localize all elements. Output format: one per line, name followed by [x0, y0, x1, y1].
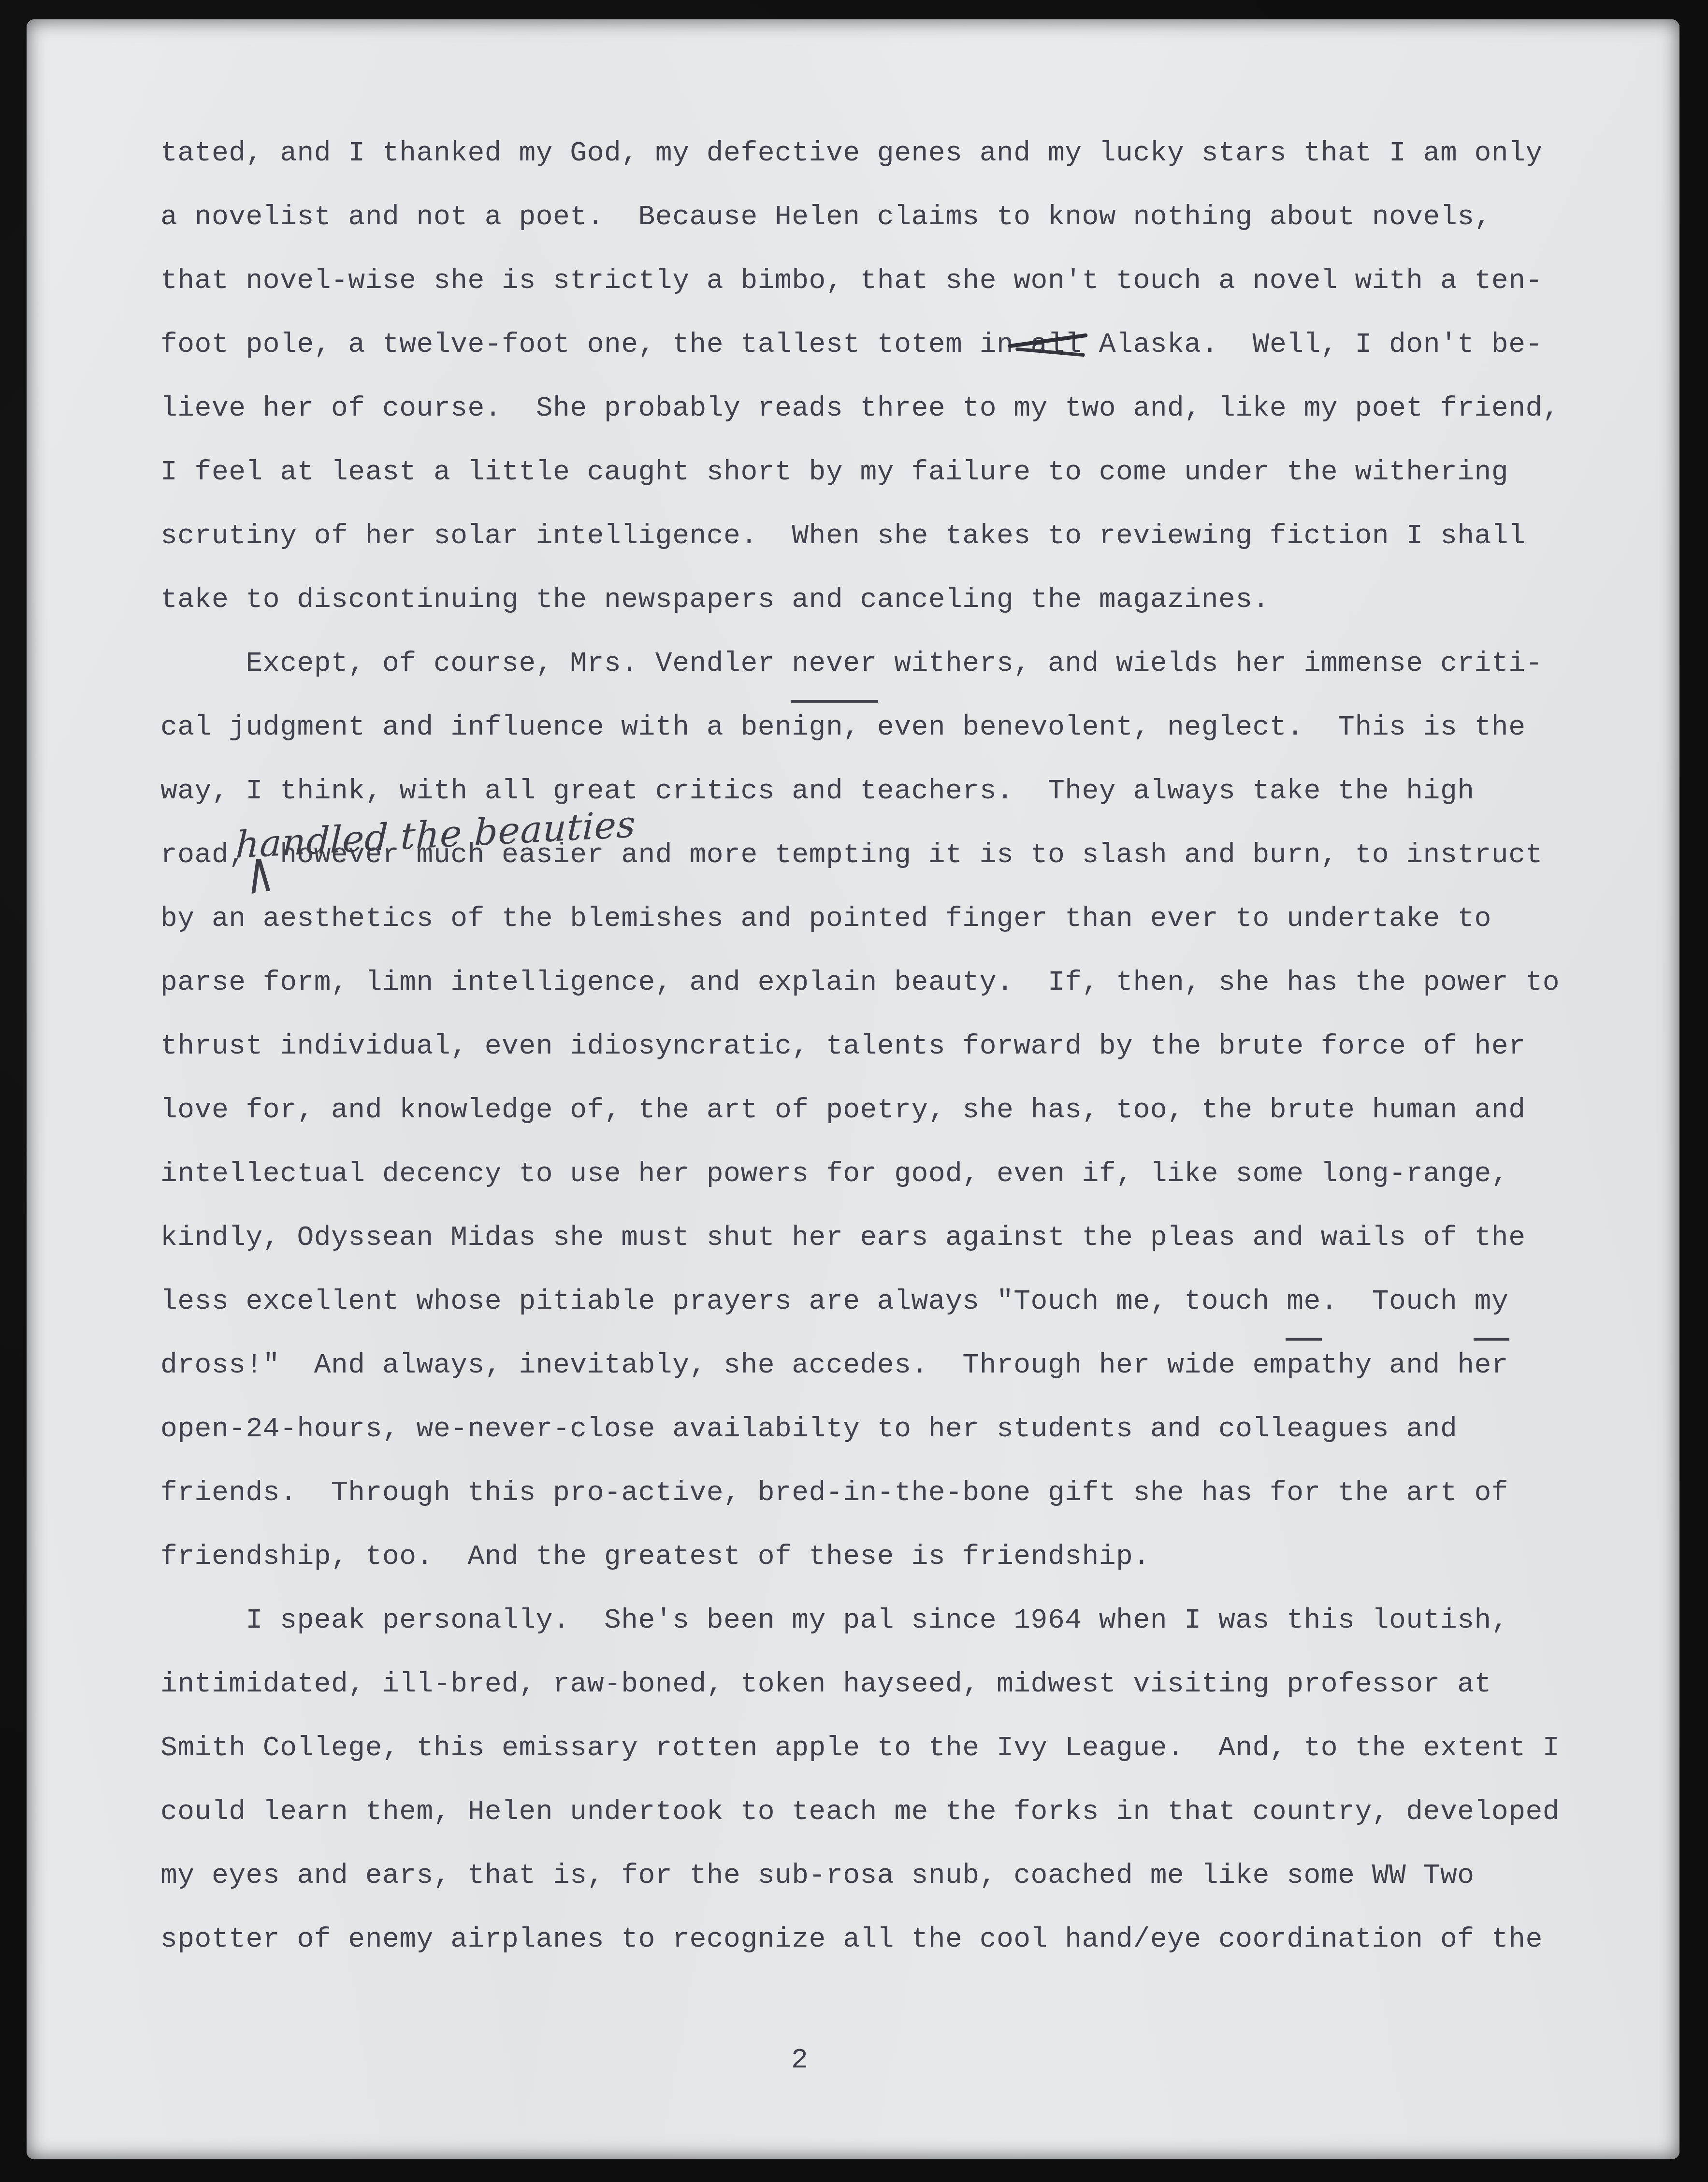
underlined-word: me [1287, 1270, 1321, 1334]
typed-text: lieve her of course. She probably reads … [160, 393, 1560, 424]
typed-line: kindly, Odyssean Midas she must shut her… [160, 1206, 1610, 1270]
typed-line: friendship, too. And the greatest of the… [160, 1525, 1610, 1589]
typed-line: love for, and knowledge of, the art of p… [160, 1079, 1610, 1142]
typed-text: foot pole, a twelve-foot one, the talles… [160, 329, 1031, 361]
typed-line: intimidated, ill-bred, raw-boned, token … [160, 1653, 1610, 1717]
typed-line: thrust individual, even idiosyncratic, t… [160, 1015, 1610, 1079]
typed-text: a novelist and not a poet. Because Helen… [160, 202, 1491, 233]
typed-line: that novel-wise she is strictly a bimbo,… [160, 249, 1610, 313]
typed-text: I feel at least a little caught short by… [160, 457, 1508, 488]
typed-text: tated, and I thanked my God, my defectiv… [160, 138, 1543, 169]
underlined-word: my [1475, 1270, 1509, 1334]
typed-text: intellectual decency to use her powers f… [160, 1158, 1508, 1190]
typed-text: intimidated, ill-bred, raw-boned, token … [160, 1669, 1491, 1700]
scan-background: tated, and I thanked my God, my defectiv… [0, 0, 1708, 2182]
typed-line: by an aesthetics of the blemishes and po… [160, 887, 1610, 951]
typed-text: friends. Through this pro-active, bred-i… [160, 1477, 1508, 1509]
typed-text: . Touch [1321, 1286, 1475, 1317]
struck-word: all [1031, 313, 1082, 377]
document-page: tated, and I thanked my God, my defectiv… [27, 19, 1679, 2159]
typed-text: my eyes and ears, that is, for the sub-r… [160, 1860, 1475, 1892]
typed-line: my eyes and ears, that is, for the sub-r… [160, 1844, 1610, 1908]
typed-line: foot pole, a twelve-foot one, the talles… [160, 313, 1610, 377]
typed-text: scrutiny of her solar intelligence. When… [160, 520, 1525, 552]
typed-text: kindly, Odyssean Midas she must shut her… [160, 1222, 1525, 1254]
typed-line: Smith College, this emissary rotten appl… [160, 1717, 1610, 1780]
typed-line: take to discontinuing the newspapers and… [160, 568, 1610, 632]
typed-text: less excellent whose pitiable prayers ar… [160, 1286, 1287, 1317]
typed-text: love for, and knowledge of, the art of p… [160, 1095, 1525, 1126]
typed-text: I speak personally. She's been my pal si… [160, 1605, 1508, 1636]
typed-text: thrust individual, even idiosyncratic, t… [160, 1031, 1525, 1062]
typed-line: I feel at least a little caught short by… [160, 441, 1610, 505]
insertion-caret-icon: ∧ [243, 842, 276, 904]
typed-line: friends. Through this pro-active, bred-i… [160, 1461, 1610, 1525]
typed-line: dross!" And always, inevitably, she acce… [160, 1334, 1610, 1398]
typed-text: dross!" And always, inevitably, she acce… [160, 1350, 1508, 1381]
typed-line: parse form, limn intelligence, and expla… [160, 951, 1610, 1015]
typed-text: way, I think, with all great critics and… [160, 776, 1475, 807]
typed-text: friendship, too. And the greatest of the… [160, 1541, 1150, 1573]
typed-line: I speak personally. She's been my pal si… [160, 1589, 1610, 1653]
page-number: 2 [791, 2029, 808, 2093]
typed-text: that novel-wise she is strictly a bimbo,… [160, 265, 1543, 297]
typed-line: tated, and I thanked my God, my defectiv… [160, 122, 1610, 186]
typed-line: lieve her of course. She probably reads … [160, 377, 1610, 441]
typed-text: parse form, limn intelligence, and expla… [160, 967, 1560, 998]
typed-text: could learn them, Helen undertook to tea… [160, 1796, 1560, 1828]
typed-text: cal judgment and influence with a benign… [160, 712, 1525, 743]
typed-line: intellectual decency to use her powers f… [160, 1142, 1610, 1206]
typed-line: way, I think, with all great critics and… [160, 760, 1610, 824]
typed-line: a novelist and not a poet. Because Helen… [160, 186, 1610, 249]
typed-line: less excellent whose pitiable prayers ar… [160, 1270, 1610, 1334]
typed-line: open-24-hours, we-never-close availabilt… [160, 1398, 1610, 1461]
typed-line: spotter of enemy airplanes to recognize … [160, 1908, 1610, 1972]
typed-text: Except, of course, Mrs. Vendler [160, 648, 792, 679]
typed-line: scrutiny of her solar intelligence. When… [160, 505, 1610, 568]
typed-text: Smith College, this emissary rotten appl… [160, 1733, 1560, 1764]
typed-line: Except, of course, Mrs. Vendler never wi… [160, 632, 1610, 696]
typed-line: cal judgment and influence with a benign… [160, 696, 1610, 760]
typed-text: take to discontinuing the newspapers and… [160, 584, 1270, 616]
typed-text-block: tated, and I thanked my God, my defectiv… [160, 122, 1610, 1972]
typed-line: could learn them, Helen undertook to tea… [160, 1780, 1610, 1844]
typed-text: spotter of enemy airplanes to recognize … [160, 1924, 1543, 1955]
typed-text: Alaska. Well, I don't be- [1082, 329, 1543, 361]
underlined-word: never [792, 632, 877, 696]
typed-text: by an aesthetics of the blemishes and po… [160, 903, 1491, 935]
typed-text: open-24-hours, we-never-close availabilt… [160, 1414, 1457, 1445]
typed-text: withers, and wields her immense criti- [877, 648, 1543, 679]
